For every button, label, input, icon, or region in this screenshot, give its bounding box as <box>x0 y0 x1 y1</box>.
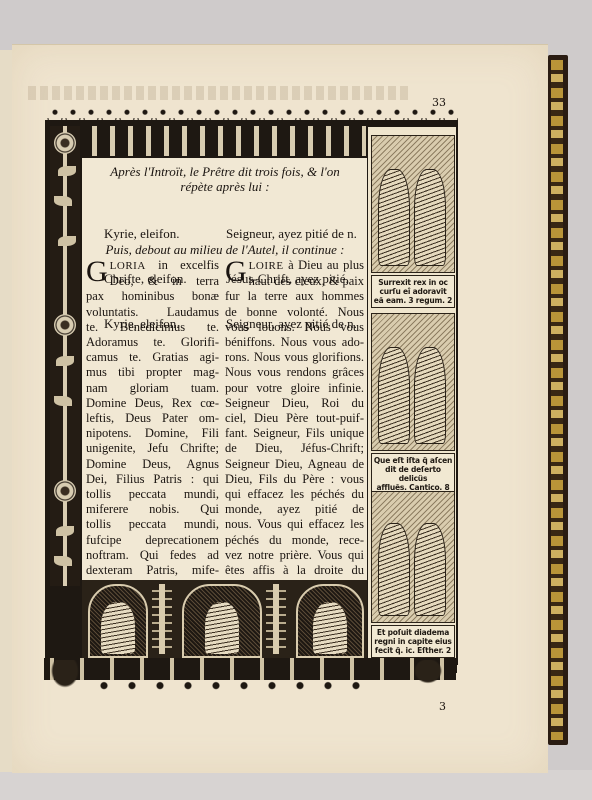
text-line: te. Benedicimus te. <box>86 320 219 335</box>
smallcaps: LORIA <box>110 260 146 272</box>
pinnacle-ornament <box>266 584 286 654</box>
text-line: nipotens. Domine, Fili <box>86 426 219 441</box>
text-line: béniffons. Nous vous ado- <box>225 335 364 350</box>
woodcut-two-figures <box>371 313 455 451</box>
text-line: fant. Seigneur, Fils unique <box>225 426 364 441</box>
text-line: à Dieu au plus <box>288 258 364 272</box>
woodcut-caption: Surrexit rex in oc curſu eî adoravit eã … <box>371 275 455 308</box>
kyrie-line: Seigneur, ayez pitié de n. <box>226 226 357 241</box>
caption-line: regni in capite eius <box>372 637 454 646</box>
kyrie-line: Kyrie, eleifon. <box>104 226 187 241</box>
text-line: pour votre gloire infinie. <box>225 381 364 396</box>
smallcaps: LOIRE <box>249 260 284 272</box>
text-line: voluntatis. Laudamus <box>86 305 219 320</box>
text-line: rons. Nous vous glorifions. <box>225 350 364 365</box>
rubric-intro-line2: répète après lui : <box>180 179 269 194</box>
flower-icon <box>54 132 76 154</box>
signature-mark: 3 <box>439 700 446 713</box>
flower-icon <box>54 480 76 502</box>
text-line: noftram. Qui fedes ad <box>86 548 219 563</box>
caption-line: dit de deſerto delicüs <box>372 465 454 483</box>
text-line: Dieu, Fils du Père : vous <box>225 472 364 487</box>
woodcut-king-queen <box>371 135 455 273</box>
text-line: fufcipe deprecationem <box>86 533 219 548</box>
text-line: nous. Vous qui effacez les <box>225 517 364 532</box>
text-line: Seigneur Dieu, Agneau de <box>225 457 364 472</box>
text-line: camus te. Gratias agi- <box>86 350 219 365</box>
text-line: mus tibi propter mag- <box>86 365 219 380</box>
flower-icon <box>54 314 76 336</box>
text-line: de bonne volonté. Nous <box>225 305 364 320</box>
trefoil-fringe-ornament <box>90 680 380 694</box>
woodcut-sidebar: Surrexit rex in oc curſu eî adoravit eã … <box>367 126 457 673</box>
text-line: tollis peccata mundi, <box>86 517 219 532</box>
latin-column: G LORIA in excelfis Deo, & in terra pax … <box>86 258 219 609</box>
text-line: péchés du monde, rece- <box>225 533 364 548</box>
table-surface <box>0 770 592 800</box>
caption-line: fecit q̃. ic. Eſther. 2 <box>372 646 454 655</box>
dropcap: G <box>86 259 108 285</box>
show-through-ornament <box>28 86 408 100</box>
text-line: monde, ayez pitié de <box>225 502 364 517</box>
text-line: leftis, Deus Pater om- <box>86 411 219 426</box>
text-line: fur la terre aux hommes <box>225 289 364 304</box>
text-line: Dei, Filius Patris : qui <box>86 472 219 487</box>
left-floral-border <box>50 126 80 586</box>
text-line: in excelfis <box>158 258 219 272</box>
french-column: G LOIRE à Dieu au plus haut des cieux, &… <box>225 258 364 609</box>
caption-line: Et poſuit diadema <box>372 628 454 637</box>
text-line: ciel, Dieu Père tout-puif- <box>225 411 364 426</box>
text-line: vous louons. Nous vous <box>225 320 364 335</box>
text-line: Adoramus te. Glorifi- <box>86 335 219 350</box>
text-line: miferere nobis. Qui <box>86 502 219 517</box>
rubric-intro: Après l'Introït, le Prêtre dit trois foi… <box>84 164 366 194</box>
caption-line: Surrexit rex in oc <box>372 278 454 287</box>
top-frieze-ornament <box>52 126 366 156</box>
bottom-arcade-woodcut <box>82 580 367 658</box>
woodcut-caption: Et poſuit diadema regni in capite eius f… <box>371 625 455 658</box>
caption-line: eã eam. 3 regum. 2 <box>372 296 454 305</box>
arch-king <box>182 584 262 658</box>
rubric-intro-line1: Après l'Introït, le Prêtre dit trois foi… <box>110 164 339 179</box>
text-line: Nous vous rendons grâces <box>225 365 364 380</box>
gilt-tooling <box>551 60 563 740</box>
woodcut-coronation <box>371 491 455 623</box>
text-line: Domine Deus, Rex cœ- <box>86 396 219 411</box>
text-line: vez notre prière. Vous qui <box>225 548 364 563</box>
pinnacle-ornament <box>152 584 172 654</box>
text-line: unigenite, Jefu Chrifte; <box>86 441 219 456</box>
caption-line: curſu eî adoravit <box>372 287 454 296</box>
text-line: êtes affis à la droite du <box>225 563 364 578</box>
text-line: pax hominibus bonæ <box>86 289 219 304</box>
woodcut-caption: Que eſt iſta q̃ aſcen dit de deſerto del… <box>371 453 455 495</box>
text-line: Seigneur Dieu, Roi du <box>225 396 364 411</box>
text-line: dexteram Patris, mife- <box>86 563 219 578</box>
bottom-frieze-ornament <box>44 658 456 680</box>
dropcap: G <box>225 259 247 285</box>
corner-ornament <box>44 660 86 696</box>
text-line: qui effacez les péchés du <box>225 487 364 502</box>
text-line: nam gloriam tuam. <box>86 381 219 396</box>
caption-line: Que eſt iſta q̃ aſcen <box>372 456 454 465</box>
arch-prophet-hooded <box>296 584 364 658</box>
text-line: Domine Deus, Agnus <box>86 457 219 472</box>
text-line: tollis peccata mundi, <box>86 487 219 502</box>
arch-prophet <box>88 584 148 658</box>
text-line: de Dieu, Jéfus-Chrift; <box>225 441 364 456</box>
corner-ornament <box>400 660 456 696</box>
